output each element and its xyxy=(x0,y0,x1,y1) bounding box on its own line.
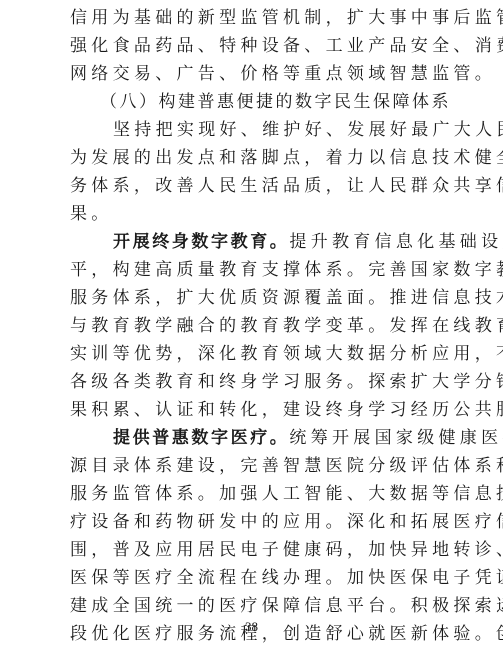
text-span: 统筹开展国家级健康医疗大数据资 xyxy=(289,428,503,448)
document-page: 信用为基础的新型监管机制，扩大事中事后监管覆盖范围。 强化食品药品、特种设备、工… xyxy=(70,4,440,648)
text-line: 信用为基础的新型监管机制，扩大事中事后监管覆盖范围。 xyxy=(70,4,440,32)
bold-lead-education: 开展终身数字教育。 xyxy=(113,232,289,252)
text-line: 实训等优势，深化教育领域大数据分析应用，不断拓展优化 xyxy=(70,340,440,368)
text-span: 提升教育信息化基础设施建设水 xyxy=(289,232,503,252)
text-line: 坚持把实现好、维护好、发展好最广大人民根本利益作 xyxy=(70,116,440,144)
text-line: 服务监管体系。加强人工智能、大数据等信息技术在智能医 xyxy=(70,480,440,508)
text-line: 为发展的出发点和落脚点，着力以信息技术健全基本公共服 xyxy=(70,144,440,172)
page-number: 38 xyxy=(0,619,503,635)
text-line: 源目录体系建设，完善智慧医院分级评估体系和互联网医疗 xyxy=(70,452,440,480)
text-line: 围，普及应用居民电子健康码，加快异地转诊、就医、住院、 xyxy=(70,536,440,564)
text-line: 各级各类教育和终身学习服务。探索扩大学分银行试点及成 xyxy=(70,368,440,396)
section-heading: （八）构建普惠便捷的数字民生保障体系 xyxy=(70,88,440,116)
text-line: 疗设备和药物研发中的应用。深化和拓展医疗信息化应用范 xyxy=(70,508,440,536)
text-line: 建成全国统一的医疗保障信息平台。积极探索运用信息化手 xyxy=(70,592,440,620)
text-line: 与教育教学融合的教育教学变革。发挥在线教育、虚拟仿真 xyxy=(70,312,440,340)
text-line: 医保等医疗全流程在线办理。加快医保电子凭证推广应用， xyxy=(70,564,440,592)
text-line: 强化食品药品、特种设备、工业产品安全、消费者权益保护、 xyxy=(70,32,440,60)
text-line: 果。 xyxy=(70,200,440,228)
text-line: 网络交易、广告、价格等重点领域智慧监管。 xyxy=(70,60,440,88)
text-line: 果积累、认证和转化，建设终身学习经历公共服务体系。 xyxy=(70,396,440,424)
paragraph-first-line: 提供普惠数字医疗。统筹开展国家级健康医疗大数据资 xyxy=(70,424,440,452)
text-line: 务体系，改善人民生活品质，让人民群众共享信息化发展成 xyxy=(70,172,440,200)
text-line: 服务体系，扩大优质资源覆盖面。推进信息技术、智能技术 xyxy=(70,284,440,312)
text-line: 平，构建高质量教育支撑体系。完善国家数字教育资源公共 xyxy=(70,256,440,284)
bold-lead-medical: 提供普惠数字医疗。 xyxy=(113,428,289,448)
paragraph-first-line: 开展终身数字教育。提升教育信息化基础设施建设水 xyxy=(70,228,440,256)
